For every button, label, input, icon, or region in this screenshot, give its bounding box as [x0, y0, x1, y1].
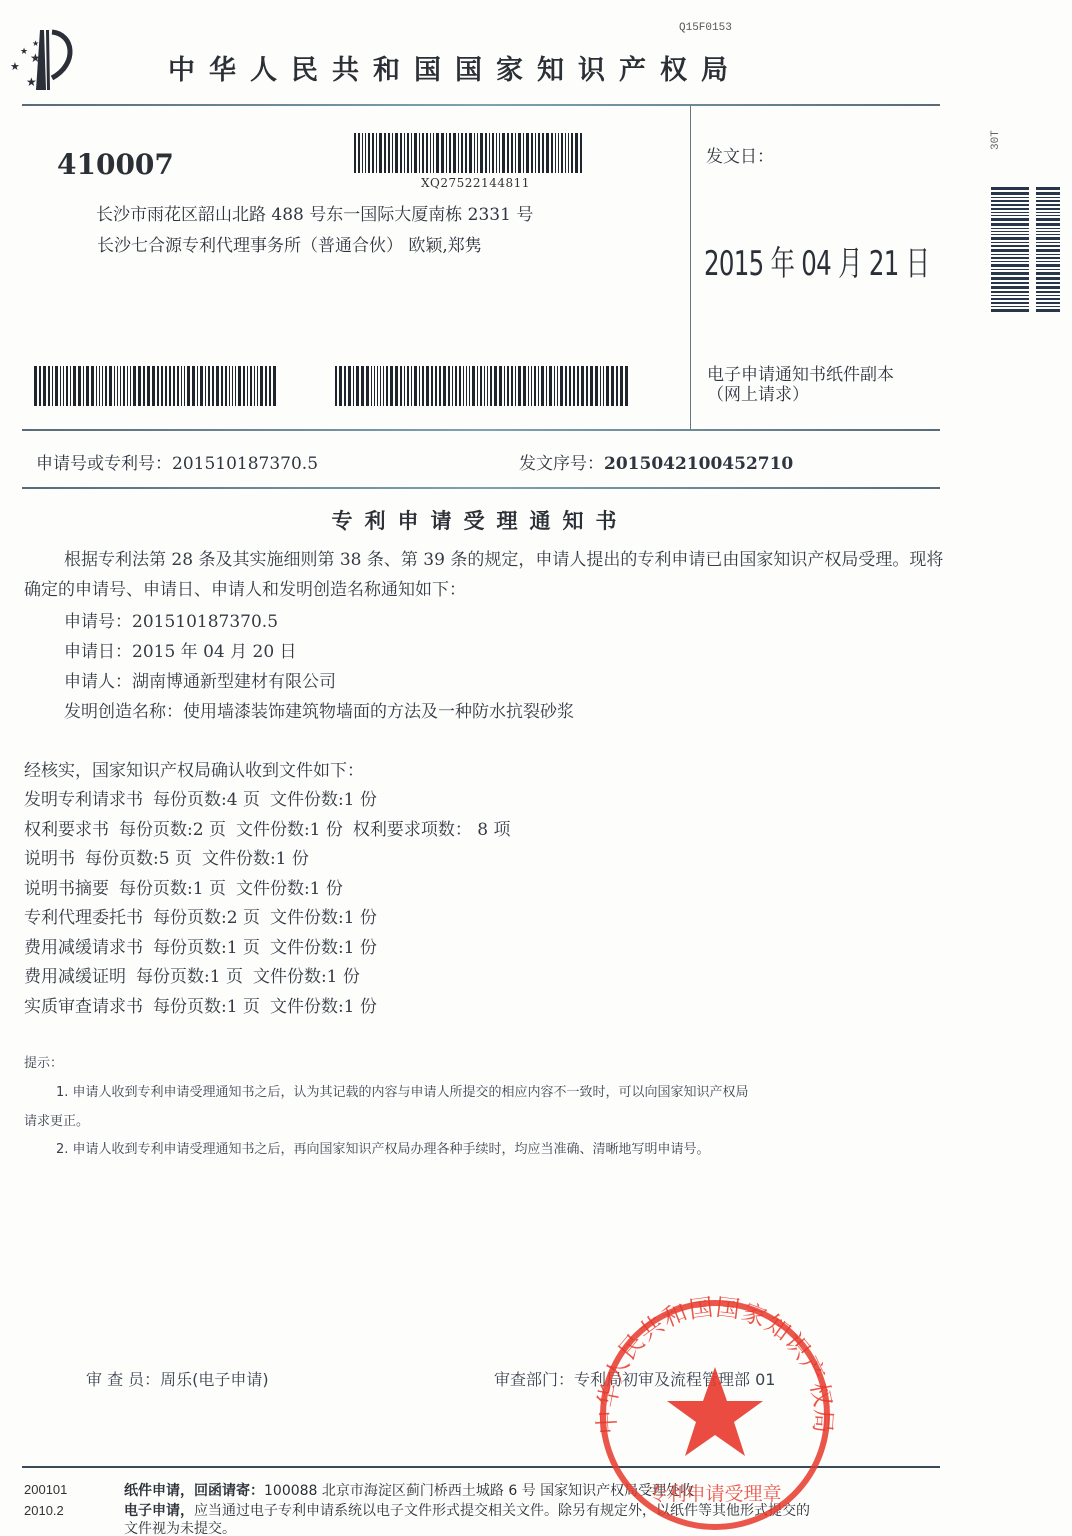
svg-text:中华人民共和国国家知识产权局: 中华人民共和国国家知识产权局: [592, 1295, 837, 1435]
received-document-row: 发明专利请求书每份页数:4 页文件份数:1 份: [24, 785, 397, 810]
received-document-row: 费用减缓请求书每份页数:1 页文件份数:1 份: [24, 933, 397, 958]
cnipa-logo-icon: ★ ★ ★ ★ ★: [6, 28, 76, 92]
intro-paragraph: 根据专利法第 28 条及其实施细则第 38 条、第 39 条的规定，申请人提出的…: [24, 545, 944, 605]
issue-date: 2015 年 04 月 21 日: [704, 236, 929, 285]
notice-field-label: 发明创造名称：: [64, 702, 183, 722]
document-name: 费用减缓证明: [24, 967, 126, 987]
barcode-left: [34, 366, 280, 406]
application-number-label: 申请号或专利号：: [36, 454, 172, 474]
document-name: 说明书: [24, 849, 75, 869]
svg-text:★: ★: [10, 60, 20, 73]
document-extra: 权利要求项数： 8 项: [353, 820, 511, 840]
application-number-value: 201510187370.5: [172, 454, 318, 474]
document-copies: 文件份数:1 份: [202, 849, 309, 869]
numbers-divider-top: [22, 429, 940, 431]
received-document-row: 费用减缓证明每份页数:1 页文件份数:1 份: [24, 962, 380, 987]
document-pages: 每份页数:1 页: [119, 879, 226, 899]
vertical-divider: [690, 106, 691, 430]
side-barcode-2: [1036, 187, 1060, 315]
address-line-1: 长沙市雨花区韶山北路 488 号东一国际大厦南栋 2331 号: [96, 200, 533, 225]
review-department: 审查部门：专利局初审及流程管理部 01: [494, 1367, 775, 1390]
svg-text:★: ★: [32, 39, 39, 48]
footer-electronic-instructions: 电子申请，应当通过电子专利申请系统以电子文件形式提交相关文件。除另有规定外，以纸…: [124, 1500, 810, 1520]
barcode-top: [354, 133, 594, 173]
notice-field-value: 湖南博通新型建材有限公司: [132, 672, 336, 692]
document-copies: 文件份数:1 份: [270, 938, 377, 958]
notice-field: 申请人：湖南博通新型建材有限公司: [64, 667, 336, 692]
footer-electronic-label: 电子申请，: [124, 1503, 194, 1519]
footer-electronic-line-2: 文件视为未提交。: [124, 1518, 236, 1536]
address-line-2: 长沙七合源专利代理事务所（普通合伙） 欧颖,郑隽: [97, 231, 482, 256]
footer-paper-address: 100088 北京市海淀区蓟门桥西土城路 6 号 国家知识产权局受理处收: [264, 1483, 694, 1499]
hint-1-line-2: 请求更正。: [24, 1110, 89, 1129]
document-title: 专利申请受理通知书: [0, 505, 960, 535]
document-pages: 每份页数:5 页: [85, 849, 192, 869]
received-document-row: 实质审查请求书每份页数:1 页文件份数:1 份: [24, 992, 397, 1017]
reviewer: 审 查 员：周乐(电子申请): [86, 1367, 269, 1390]
document-name: 说明书摘要: [24, 879, 109, 899]
barcode-middle: [335, 366, 631, 406]
serial-number: 发文序号：2015042100452710: [519, 449, 793, 474]
document-pages: 每份页数:2 页: [153, 908, 260, 928]
copy-note: 电子申请通知书纸件副本（网上请求）: [707, 365, 927, 405]
received-document-row: 说明书每份页数:5 页文件份数:1 份: [24, 844, 329, 869]
hint-2: 2. 申请人收到专利申请受理通知书之后，再向国家知识产权局办理各种手续时，均应当…: [56, 1138, 710, 1157]
footer-divider: [22, 1466, 940, 1468]
side-code: 30T: [990, 130, 1002, 150]
notice-field-label: 申请日：: [64, 642, 132, 662]
document-name: 权利要求书: [24, 820, 109, 840]
received-document-row: 说明书摘要每份页数:1 页文件份数:1 份: [24, 874, 363, 899]
document-copies: 文件份数:1 份: [236, 820, 343, 840]
notice-field-value: 2015 年 04 月 20 日: [132, 642, 297, 662]
notice-field: 申请号：201510187370.5: [64, 607, 278, 632]
hint-1-line-1: 1. 申请人收到专利申请受理通知书之后，认为其记载的内容与申请人所提交的相应内容…: [56, 1081, 749, 1100]
document-pages: 每份页数:1 页: [136, 967, 243, 987]
footer-code-2: 2010.2: [24, 1503, 64, 1518]
hints-heading: 提示：: [24, 1052, 63, 1071]
received-document-row: 权利要求书每份页数:2 页文件份数:1 份权利要求项数： 8 项: [24, 815, 521, 840]
svg-text:★: ★: [26, 75, 37, 89]
document-pages: 每份页数:4 页: [153, 790, 260, 810]
document-copies: 文件份数:1 份: [270, 997, 377, 1017]
notice-field-label: 申请人：: [64, 672, 132, 692]
document-copies: 文件份数:1 份: [253, 967, 360, 987]
notice-field-value: 使用墙漆装饰建筑物墙面的方法及一种防水抗裂砂浆: [183, 702, 574, 722]
header-divider: [22, 104, 940, 106]
side-barcode-1: [991, 187, 1029, 315]
received-document-row: 专利代理委托书每份页数:2 页文件份数:1 份: [24, 903, 397, 928]
document-name: 专利代理委托书: [24, 908, 143, 928]
serial-number-value: 2015042100452710: [604, 454, 793, 474]
svg-text:★: ★: [30, 51, 41, 65]
footer-electronic-line-1: 应当通过电子专利申请系统以电子文件形式提交相关文件。除另有规定外，以纸件等其他形…: [194, 1503, 810, 1519]
document-name: 费用减缓请求书: [24, 938, 143, 958]
document-pages: 每份页数:1 页: [153, 938, 260, 958]
footer-paper-instructions: 纸件申请，回函请寄：100088 北京市海淀区蓟门桥西土城路 6 号 国家知识产…: [124, 1480, 694, 1500]
notice-field-label: 申请号：: [64, 612, 132, 632]
document-copies: 文件份数:1 份: [270, 790, 377, 810]
issue-date-label: 发文日：: [706, 142, 774, 167]
numbers-divider-bottom: [22, 487, 940, 489]
document-name: 发明专利请求书: [24, 790, 143, 810]
document-copies: 文件份数:1 份: [236, 879, 343, 899]
document-pages: 每份页数:1 页: [153, 997, 260, 1017]
received-heading: 经核实，国家知识产权局确认收到文件如下：: [24, 756, 364, 781]
document-copies: 文件份数:1 份: [270, 908, 377, 928]
footer-code-1: 200101: [24, 1482, 67, 1497]
form-code: Q15F0153: [679, 22, 732, 34]
application-number: 申请号或专利号：201510187370.5: [36, 449, 318, 474]
document-name: 实质审查请求书: [24, 997, 143, 1017]
notice-field: 申请日：2015 年 04 月 20 日: [64, 637, 297, 662]
stamp-ring-text: 中华人民共和国国家知识产权局: [592, 1295, 837, 1435]
svg-text:★: ★: [20, 47, 28, 57]
postcode: 410007: [57, 148, 174, 181]
barcode-number: XQ27522144811: [421, 176, 530, 190]
serial-number-label: 发文序号：: [519, 454, 604, 474]
document-pages: 每份页数:2 页: [119, 820, 226, 840]
notice-field: 发明创造名称：使用墙漆装饰建筑物墙面的方法及一种防水抗裂砂浆: [64, 697, 574, 722]
footer-paper-label: 纸件申请，回函请寄：: [124, 1483, 264, 1499]
notice-field-value: 201510187370.5: [132, 612, 278, 632]
agency-title: 中华人民共和国国家知识产权局: [168, 48, 742, 87]
